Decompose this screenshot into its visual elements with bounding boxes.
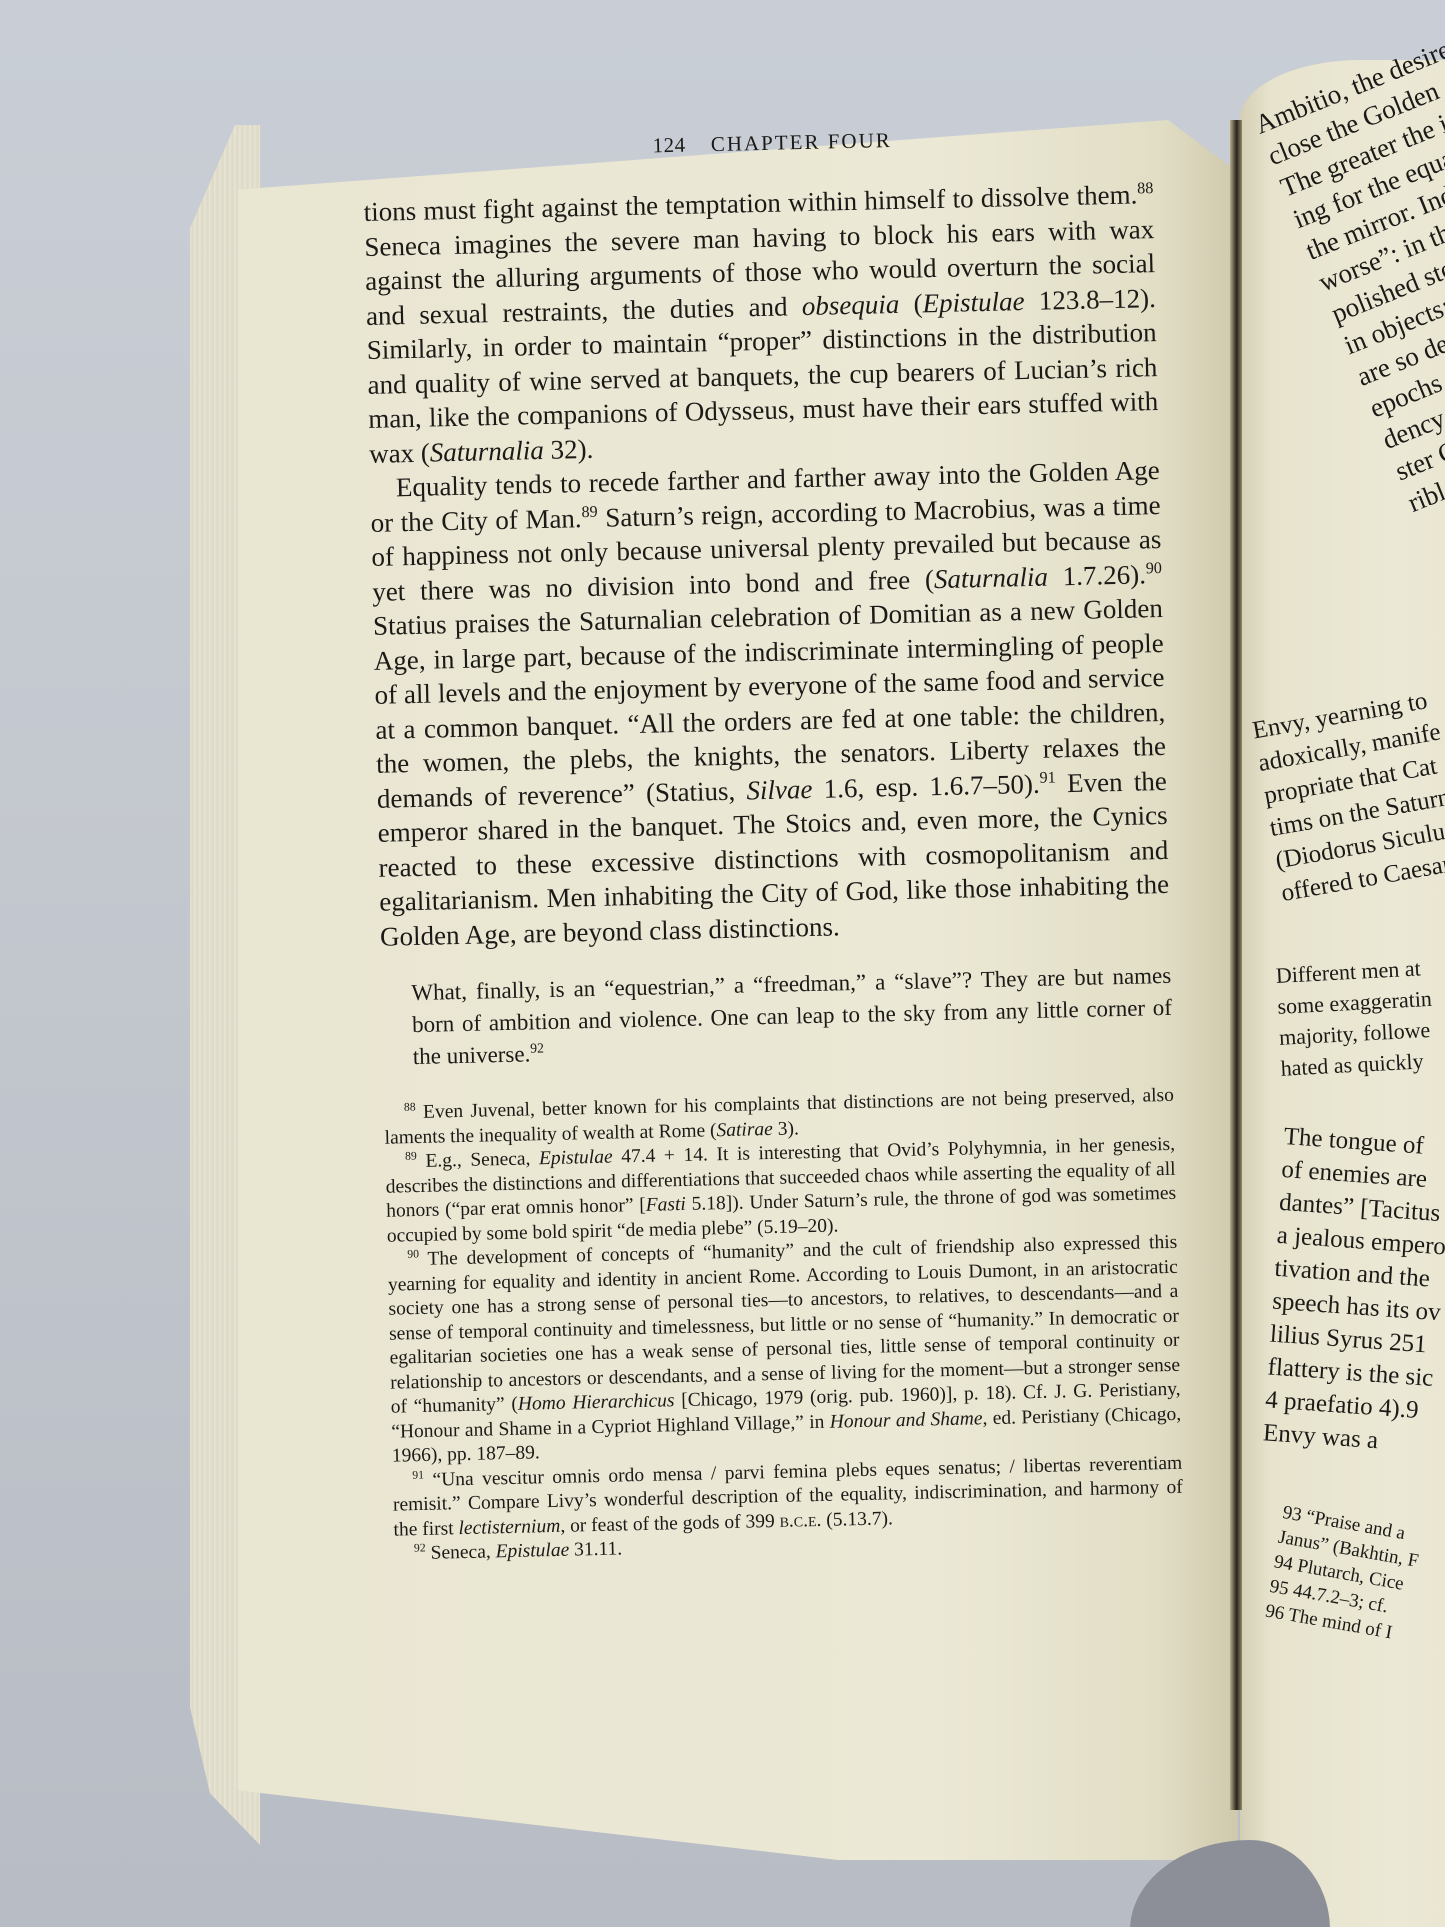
footnote-number: 92 — [414, 1541, 426, 1554]
footnote-number: 90 — [407, 1247, 419, 1260]
book-gutter — [1230, 120, 1242, 1810]
footnotes: 88 Even Juvenal, better known for his co… — [384, 1084, 1184, 1567]
block-quote-text: What, finally, is an “equestrian,” a “fr… — [411, 960, 1173, 1073]
body-text: tions must fight against the temptation … — [363, 177, 1170, 954]
right-page-middle-text: Envy, yearning toadoxically, manifepropr… — [1250, 680, 1445, 910]
paragraph: tions must fight against the temptation … — [363, 177, 1159, 471]
left-page-text: 124 CHAPTER FOUR tions must fight agains… — [362, 122, 1184, 1567]
paragraph: Equality tends to recede farther and far… — [370, 453, 1171, 954]
footnote-number: 91 — [412, 1468, 424, 1481]
footnote: 90 The development of concepts of “human… — [387, 1231, 1182, 1469]
footnote: 89 E.g., Seneca, Epistulae 47.4 + 14. It… — [385, 1133, 1177, 1249]
footnote-number: 89 — [405, 1150, 417, 1163]
chapter-title: CHAPTER FOUR — [711, 128, 892, 156]
footnote-number: 88 — [404, 1101, 416, 1114]
right-page-quote-text: Different men atsome exaggeratinmajority… — [1275, 951, 1445, 1084]
running-head: 124 CHAPTER FOUR — [362, 122, 1152, 165]
right-page-lower-text: The tongue ofof enemies aredantes” [Taci… — [1262, 1120, 1445, 1461]
page-number: 124 — [652, 133, 686, 158]
block-quote: What, finally, is an “equestrian,” a “fr… — [381, 960, 1173, 1074]
